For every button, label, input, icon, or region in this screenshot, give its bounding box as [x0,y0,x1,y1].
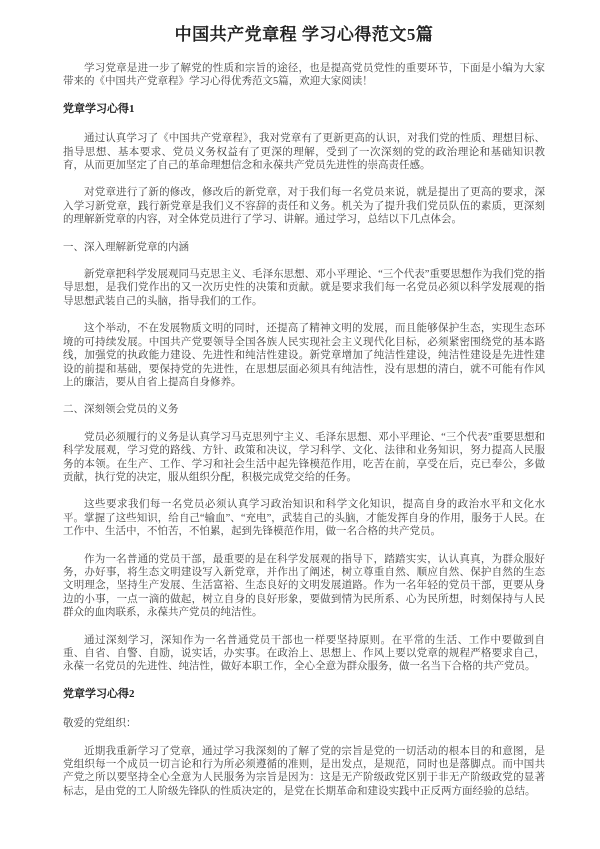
paragraph: 对党章进行了新的修改，修改后的新党章，对于我们每一名党员来说，就是提出了更高的要… [63,186,545,226]
paragraph: 这个举动，不在发展物质文明的同时，还提高了精神文明的发展，而且能够保护生态，实现… [63,322,545,389]
page-title: 中国共产党章程 学习心得范文5篇 [63,22,545,48]
paragraph: 这些要求我们每一名党员必须认真学习政治知识和科学文化知识，提高自身的政治水平和文… [63,498,545,538]
section-heading-essay-1: 党章学习心得1 [63,103,545,116]
sub-heading-2: 二、深刻领会党员的义务 [63,403,545,416]
paragraph: 新党章把科学发展观同马克思主义、毛泽东思想、邓小平理论、“三个代表”重要思想作为… [63,268,545,308]
sub-heading-1: 一、深入理解新党章的内涵 [63,241,545,254]
salutation-line: 敬爱的党组织： [63,717,545,730]
paragraph: 作为一名普通的党员干部，最重要的是在科学发展观的指导下，踏踏实实，认认真真，为群… [63,553,545,620]
paragraph: 通过认真学习了《中国共产党章程》，我对党章有了更新更高的认识，对我们党的性质、理… [63,132,545,172]
intro-paragraph: 学习党章是进一步了解党的性质和宗旨的途径，也是提高党员党性的重要环节，下面是小编… [63,62,545,89]
paragraph: 党员必须履行的义务是认真学习马克思列宁主义、毛泽东思想、邓小平理论、“三个代表”… [63,431,545,485]
paragraph: 通过深刻学习，深知作为一名普通党员干部也一样要坚持原则。在平常的生活、工作中要做… [63,634,545,674]
section-heading-essay-2: 党章学习心得2 [63,688,545,701]
document-page: 中国共产党章程 学习心得范文5篇 学习党章是进一步了解党的性质和宗旨的途径，也是… [0,0,600,849]
paragraph: 近期我重新学习了党章，通过学习我深刻的了解了党的宗旨是党的一切活动的根本目的和意… [63,745,545,799]
